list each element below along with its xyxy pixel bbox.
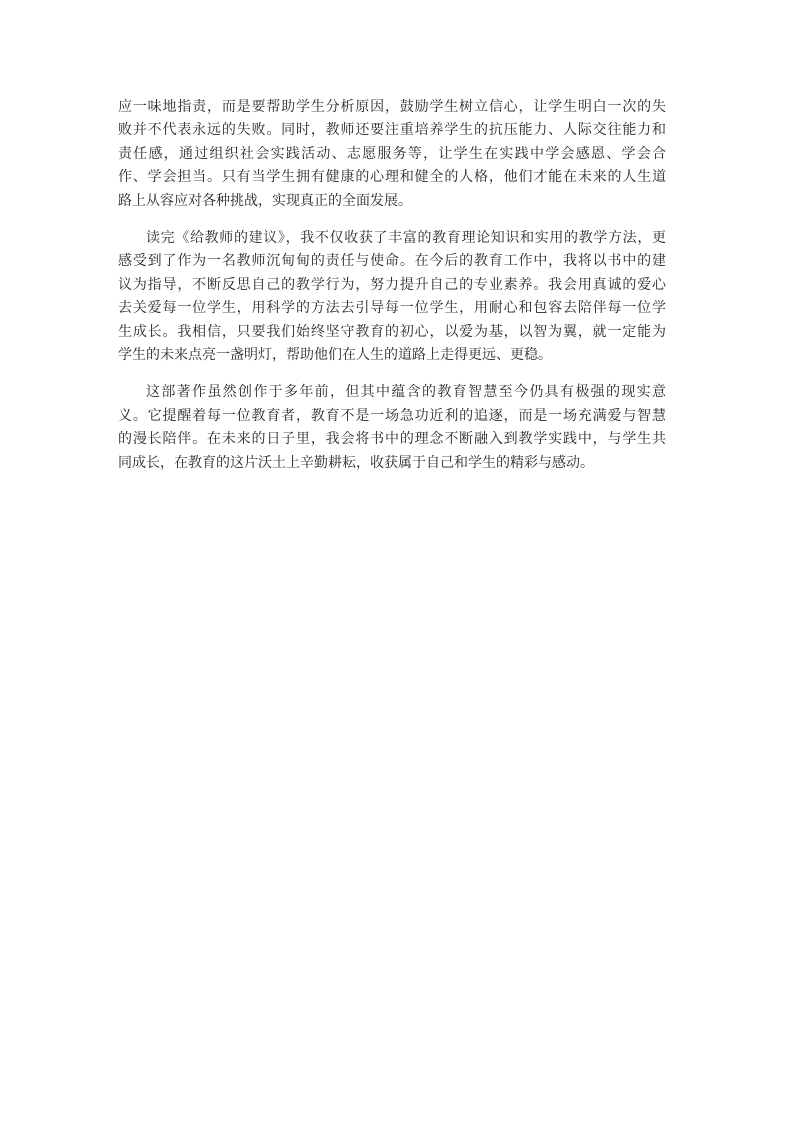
text-line: 路上从容应对各种挑战，实现真正的全面发展。 xyxy=(118,190,666,213)
text-line: 责任感，通过组织社会实践活动、志愿服务等，让学生在实践中学会感恩、学会合 xyxy=(118,143,666,166)
text-line: 学生的未来点亮一盏明灯，帮助他们在人生的道路上走得更远、更稳。 xyxy=(118,344,666,367)
text-line: 生成长。我相信，只要我们始终坚守教育的初心，以爱为基，以智为翼，就一定能为 xyxy=(118,321,666,344)
text-line: 议为指导，不断反思自己的教学行为，努力提升自己的专业素养。我会用真诚的爱心 xyxy=(118,274,666,297)
text-line: 义。它提醒着每一位教育者，教育不是一场急功近利的追逐，而是一场充满爱与智慧 xyxy=(118,405,666,428)
paragraph-3: 这部著作虽然创作于多年前，但其中蕴含的教育智慧至今仍具有极强的现实意 义。它提醒… xyxy=(118,381,666,475)
paragraph-1: 应一味地指责，而是要帮助学生分析原因，鼓励学生树立信心，让学生明白一次的失 败并… xyxy=(118,96,666,213)
document-page: 应一味地指责，而是要帮助学生分析原因，鼓励学生树立信心，让学生明白一次的失 败并… xyxy=(0,0,794,1123)
text-line: 去关爱每一位学生，用科学的方法去引导每一位学生，用耐心和包容去陪伴每一位学 xyxy=(118,297,666,320)
text-line: 同成长，在教育的这片沃土上辛勤耕耘，收获属于自己和学生的精彩与感动。 xyxy=(118,452,666,475)
text-line: 的漫长陪伴。在未来的日子里，我会将书中的理念不断融入到教学实践中，与学生共 xyxy=(118,428,666,451)
text-line: 应一味地指责，而是要帮助学生分析原因，鼓励学生树立信心，让学生明白一次的失 xyxy=(118,96,666,119)
text-line: 读完《给教师的建议》，我不仅收获了丰富的教育理论知识和实用的教学方法，更 xyxy=(118,227,666,250)
text-line: 这部著作虽然创作于多年前，但其中蕴含的教育智慧至今仍具有极强的现实意 xyxy=(118,381,666,404)
text-line: 败并不代表永远的失败。同时，教师还要注重培养学生的抗压能力、人际交往能力和 xyxy=(118,119,666,142)
text-line: 感受到了作为一名教师沉甸甸的责任与使命。在今后的教育工作中，我将以书中的建 xyxy=(118,250,666,273)
text-line: 作、学会担当。只有当学生拥有健康的心理和健全的人格，他们才能在未来的人生道 xyxy=(118,166,666,189)
paragraph-2: 读完《给教师的建议》，我不仅收获了丰富的教育理论知识和实用的教学方法，更 感受到… xyxy=(118,227,666,367)
text-block: 应一味地指责，而是要帮助学生分析原因，鼓励学生树立信心，让学生明白一次的失 败并… xyxy=(118,96,666,475)
